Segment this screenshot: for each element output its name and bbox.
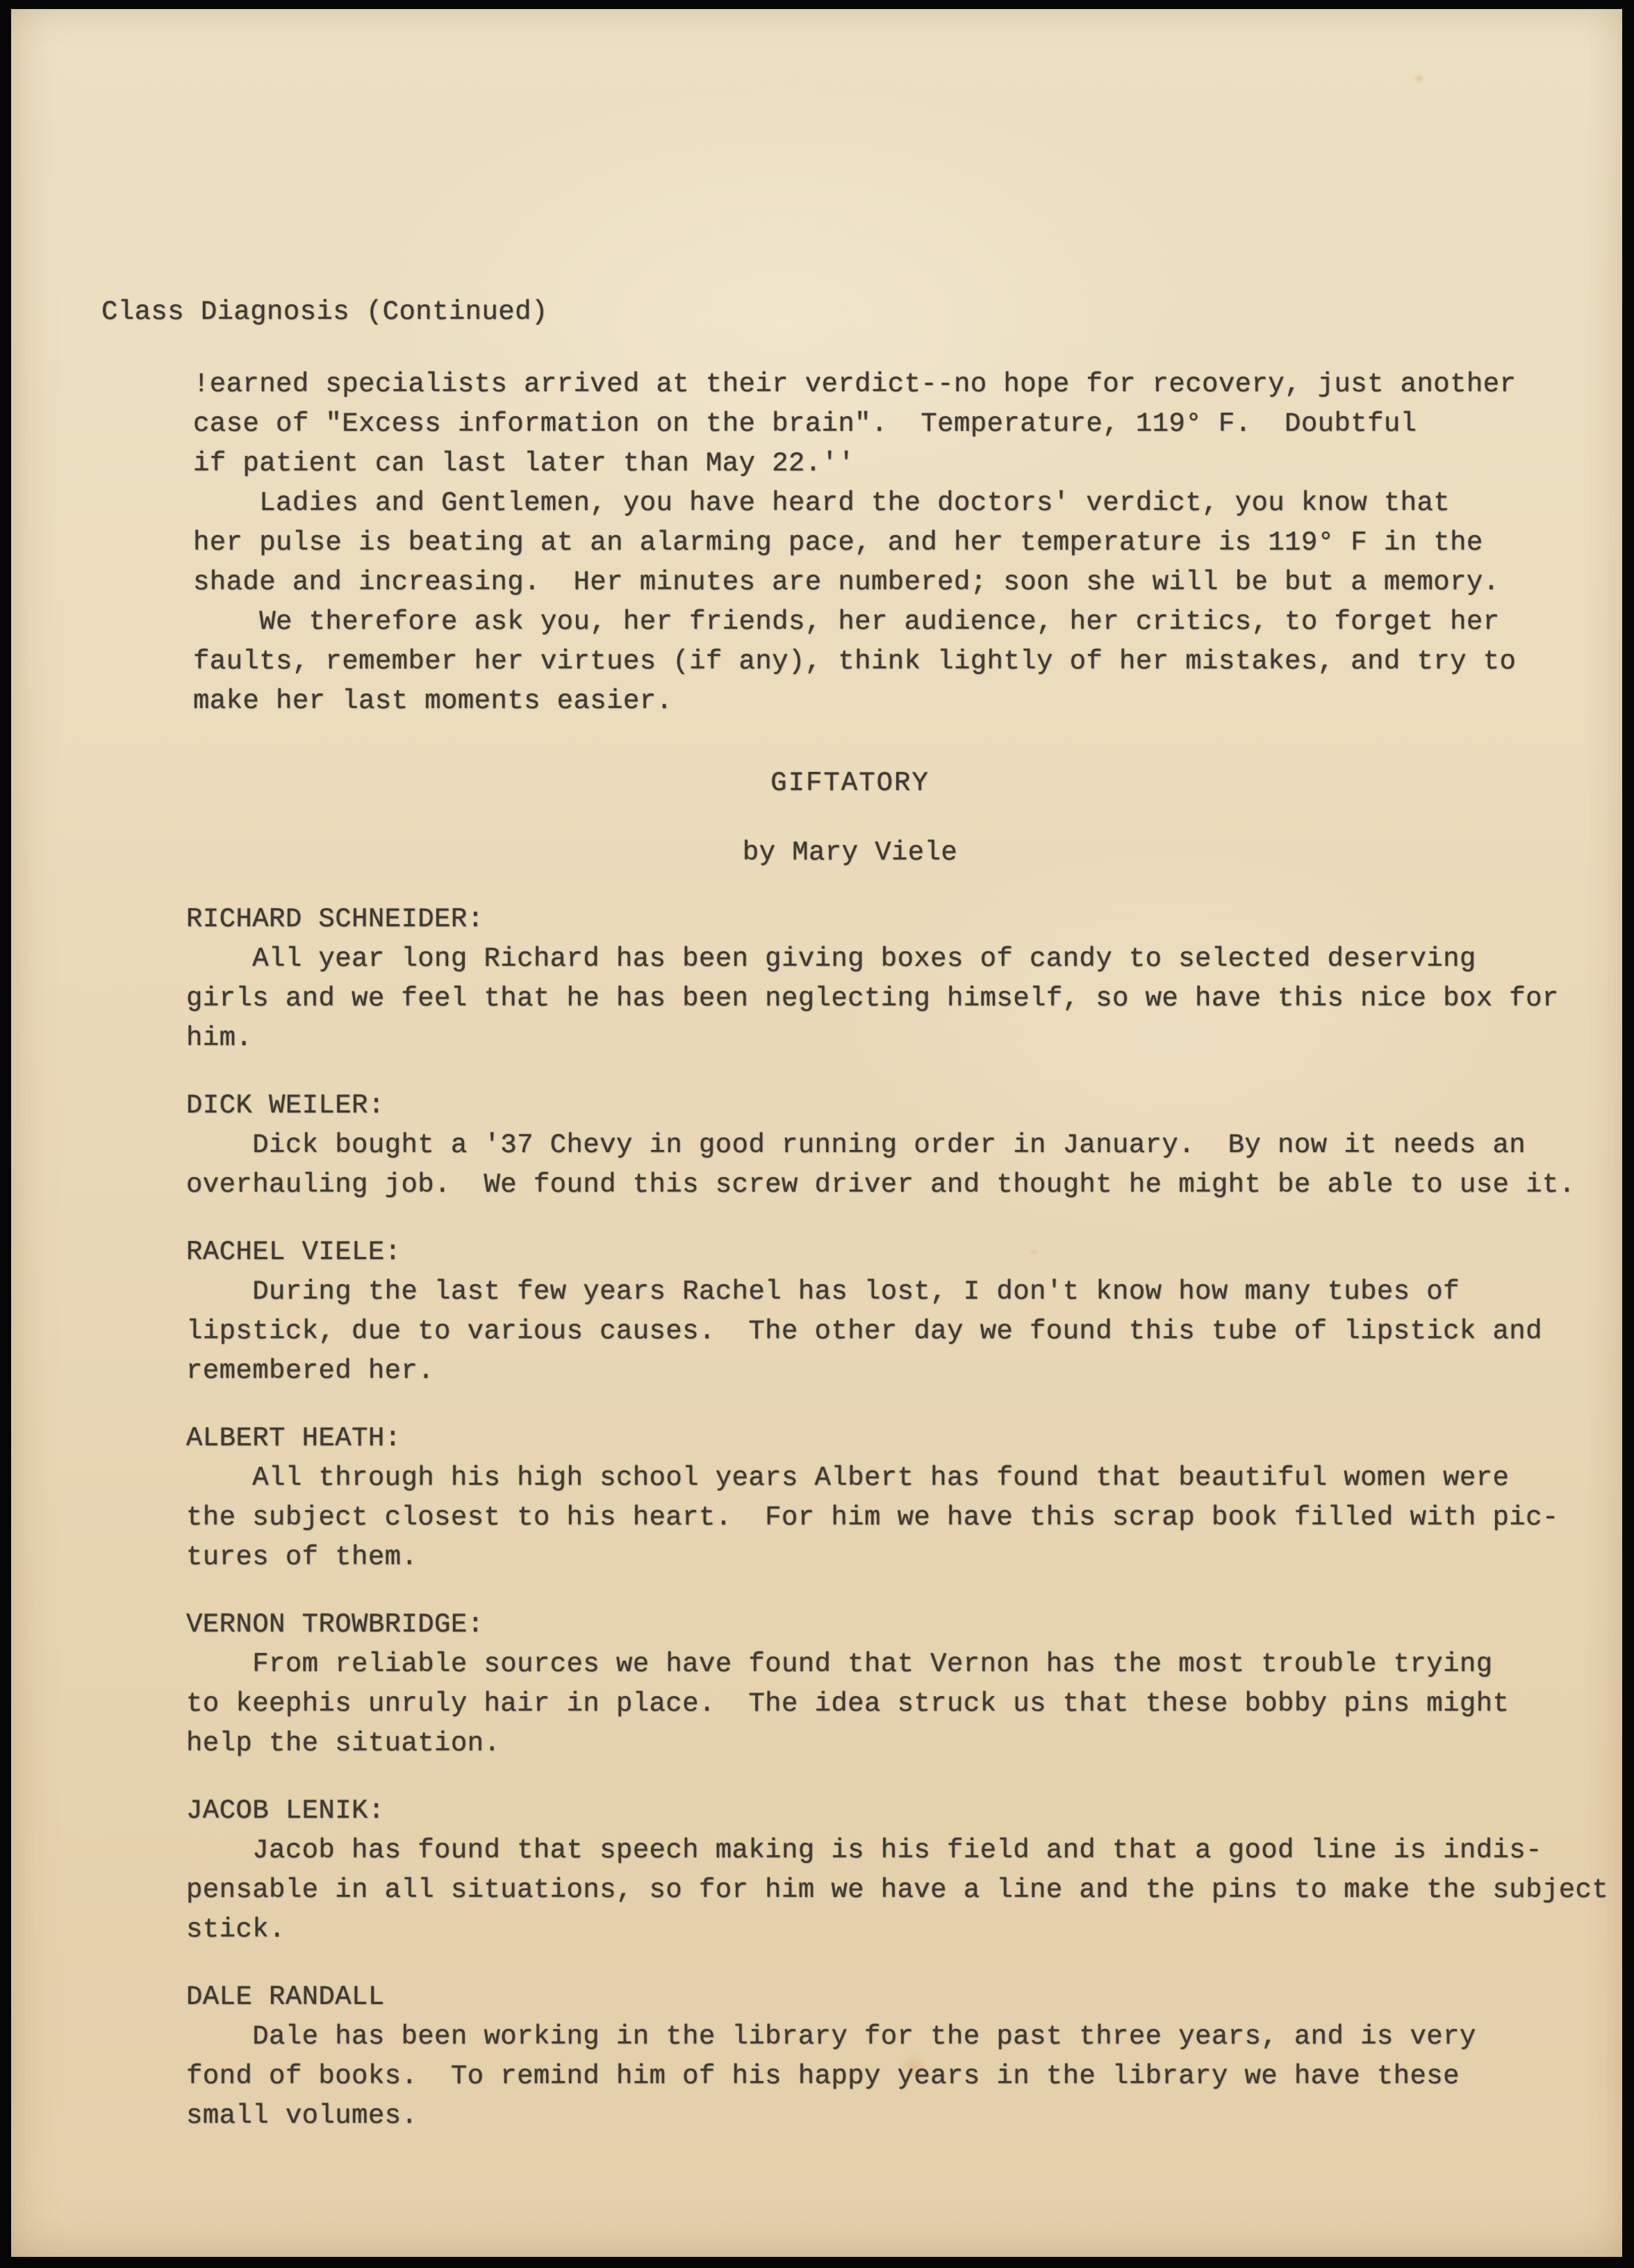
gift-entry: ALBERT HEATH: All through his high schoo… (186, 1419, 1634, 1577)
scanned-document-screenshot: { "document": { "header": "Class Diagnos… (0, 0, 1634, 2268)
entry-name: RICHARD SCHNEIDER: (186, 900, 1634, 939)
entry-text: All through his high school years Albert… (186, 1458, 1634, 1577)
entry-name: VERNON TROWBRIDGE: (186, 1605, 1634, 1645)
gift-entry: DICK WEILER: Dick bought a '37 Chevy in … (186, 1086, 1634, 1205)
entry-name: RACHEL VIELE: (186, 1233, 1634, 1272)
paper-page: Class Diagnosis (Continued) !earned spec… (11, 9, 1622, 2257)
entry-name: JACOB LENIK: (186, 1791, 1634, 1831)
gift-entry: RACHEL VIELE: During the last few years … (186, 1233, 1634, 1391)
entry-text: From reliable sources we have found that… (186, 1645, 1634, 1764)
gift-entry: VERNON TROWBRIDGE: From reliable sources… (186, 1605, 1634, 1764)
gift-entry: DALE RANDALL Dale has been working in th… (186, 1978, 1634, 2136)
entry-text: Dick bought a '37 Chevy in good running … (186, 1126, 1634, 1205)
gift-entry: JACOB LENIK: Jacob has found that speech… (186, 1791, 1634, 1950)
entry-text: During the last few years Rachel has los… (186, 1272, 1634, 1391)
entry-text: Jacob has found that speech making is hi… (186, 1831, 1634, 1950)
section-byline: by Mary Viele (188, 833, 1512, 873)
entry-text: Dale has been working in the library for… (186, 2017, 1634, 2136)
page-header: Class Diagnosis (Continued) (101, 293, 548, 332)
gift-entry: RICHARD SCHNEIDER: All year long Richard… (186, 900, 1634, 1058)
entry-text: All year long Richard has been giving bo… (186, 939, 1634, 1058)
entry-name: DICK WEILER: (186, 1086, 1634, 1126)
intro-paragraph: Ladies and Gentlemen, you have heard the… (193, 484, 1634, 602)
intro-block: !earned specialists arrived at their ver… (193, 365, 1634, 721)
entry-name: ALBERT HEATH: (186, 1419, 1634, 1458)
section-title: GIFTATORY (188, 764, 1512, 803)
intro-paragraph: We therefore ask you, her friends, her a… (193, 602, 1634, 721)
gift-entries: RICHARD SCHNEIDER: All year long Richard… (186, 900, 1634, 2164)
entry-name: DALE RANDALL (186, 1978, 1634, 2017)
intro-paragraph: !earned specialists arrived at their ver… (193, 365, 1634, 484)
